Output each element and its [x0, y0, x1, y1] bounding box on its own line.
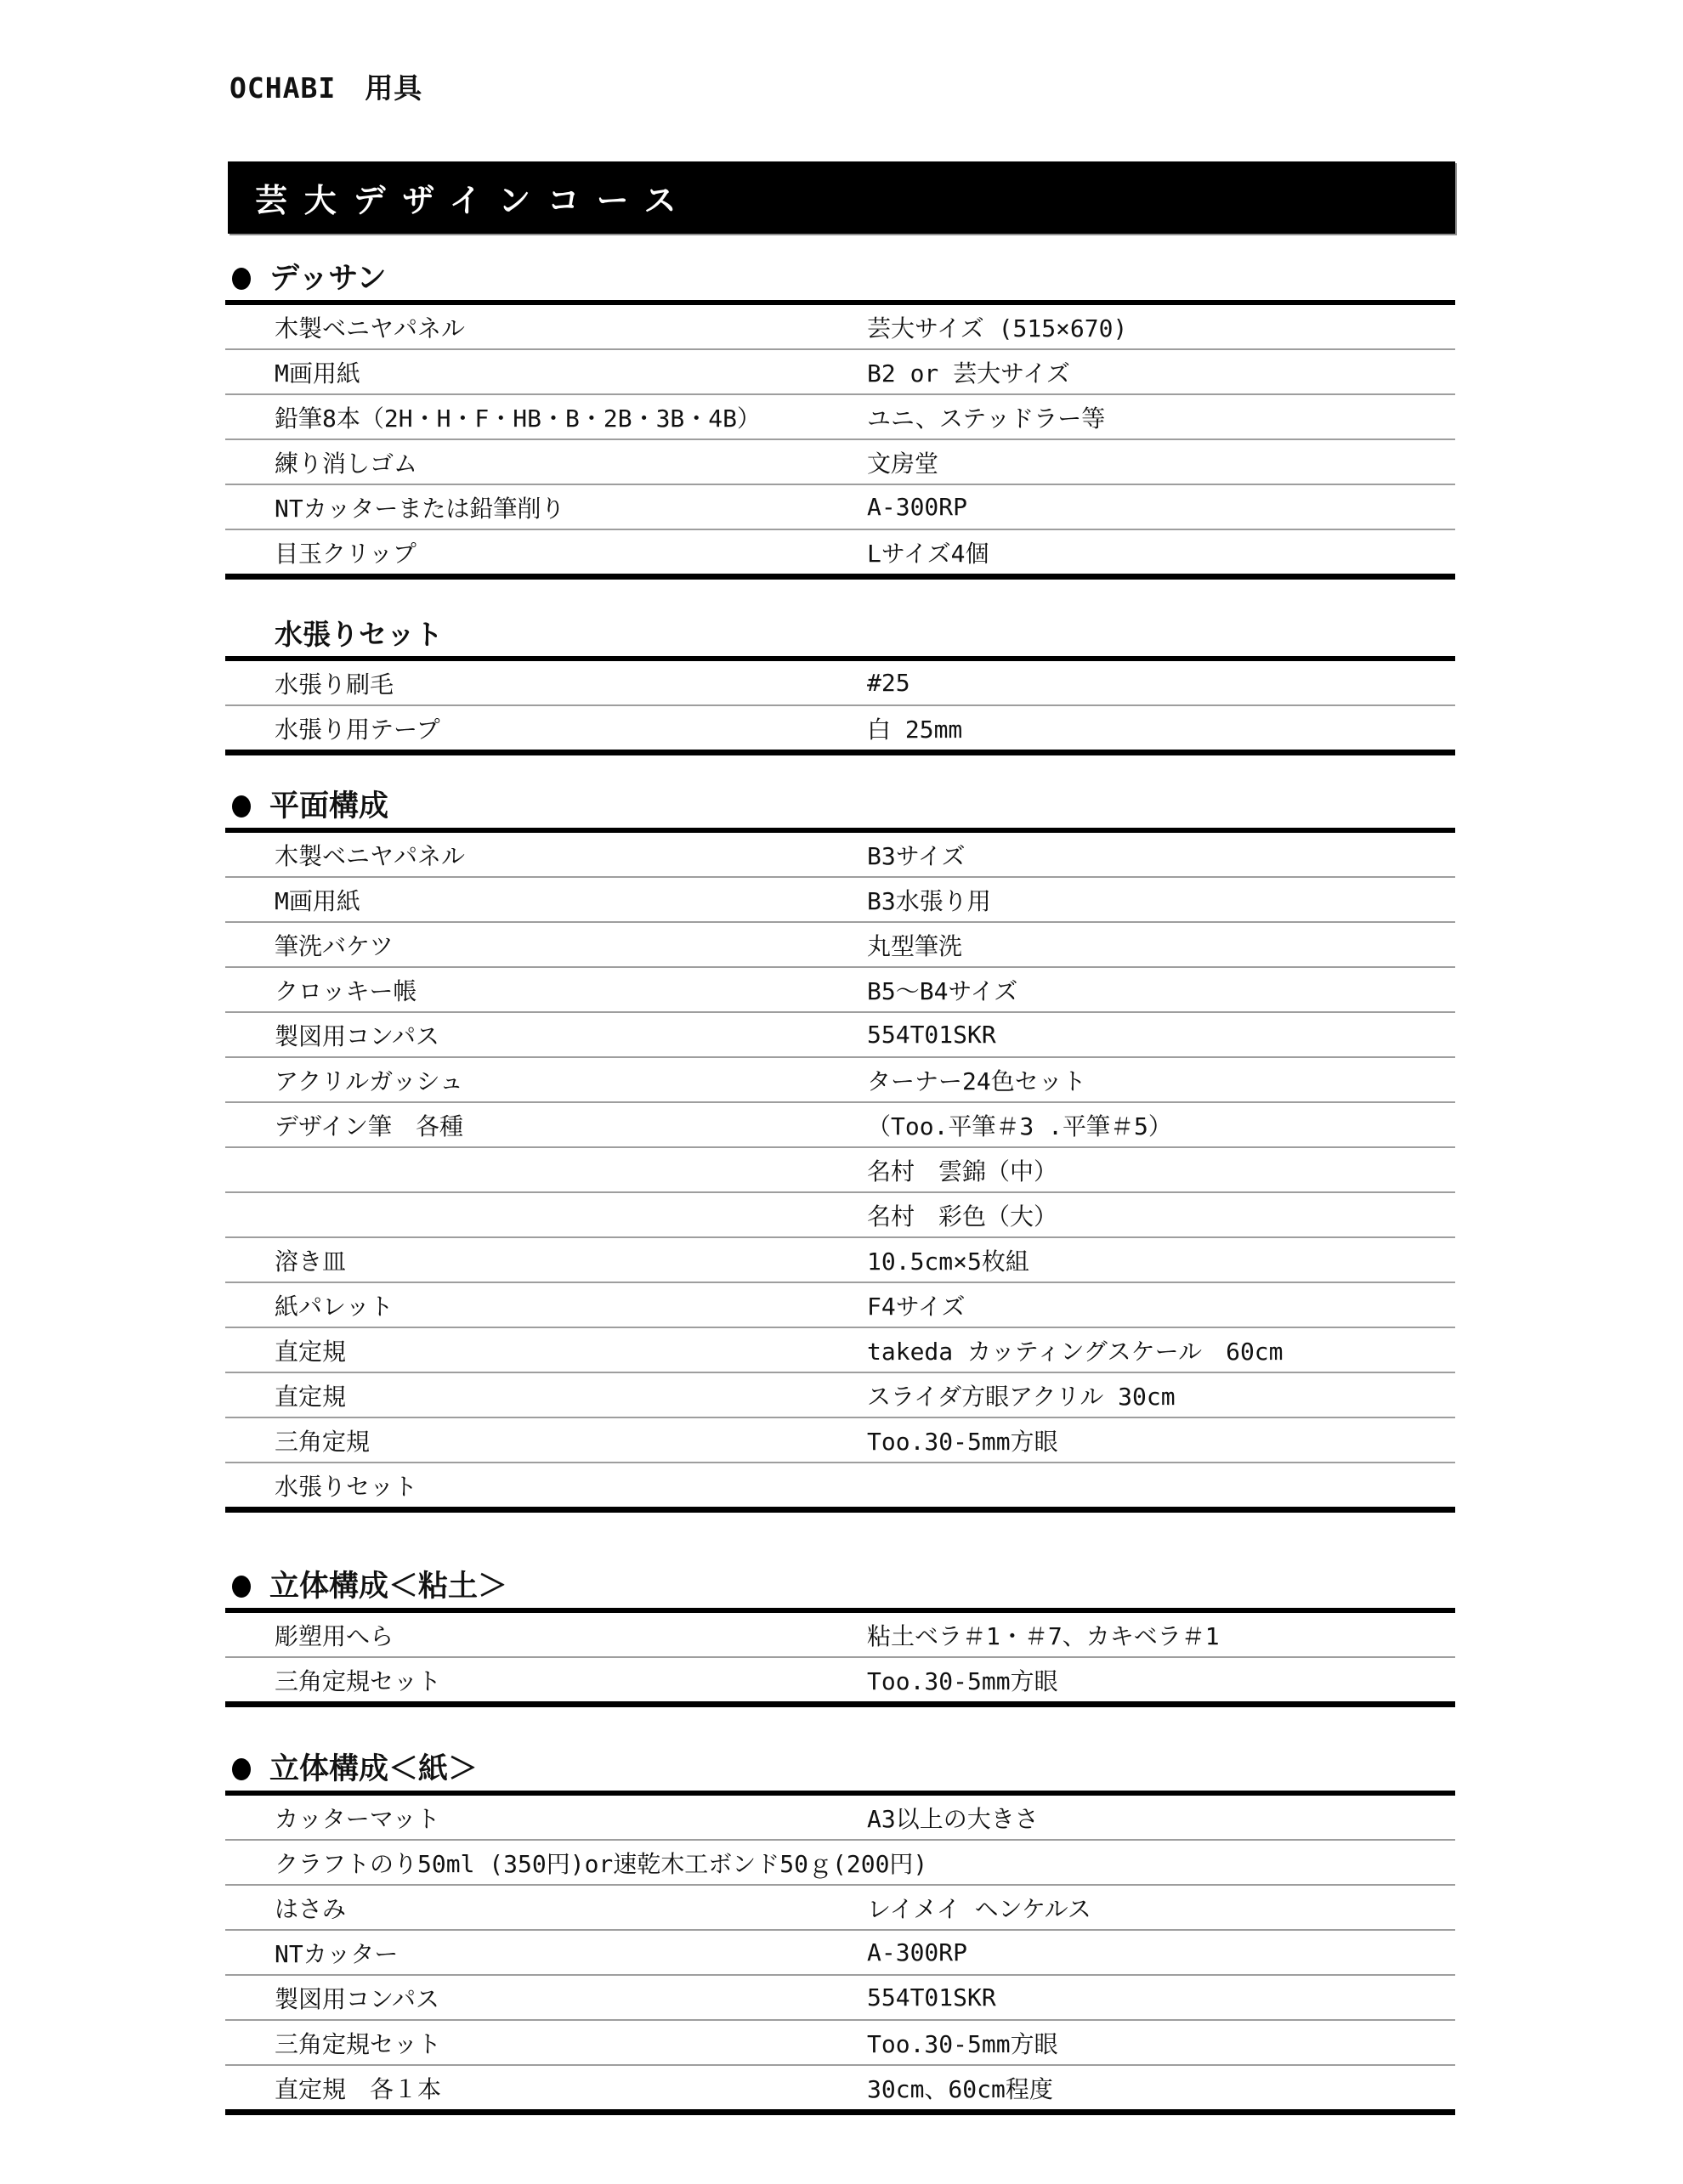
item-value: takeda カッティングスケール 60cm — [867, 1333, 1455, 1367]
table-row: 溶き皿10.5cm×5枚組 — [225, 1236, 1455, 1282]
item-value: Too.30-5mm方眼 — [867, 2026, 1455, 2060]
item-value: 芸大サイズ (515×670) — [867, 310, 1455, 344]
section-rittai-nendo: 立体構成＜粘土＞ 彫塑用へら粘土ベラ＃1・＃7、カキベラ＃1三角定規セットToo… — [0, 1567, 1683, 1707]
item-label: M画用紙 — [225, 355, 867, 389]
section-table: 木製ベニヤパネルB3サイズM画用紙B3水張り用筆洗バケツ丸型筆洗クロッキー帳B5… — [225, 828, 1455, 1513]
item-value: 名村 彩色（大） — [867, 1198, 1455, 1232]
table-row: クロッキー帳B5～B4サイズ — [225, 966, 1455, 1011]
item-value: F4サイズ — [867, 1288, 1455, 1322]
item-label: 鉛筆8本（2H・H・F・HB・B・2B・3B・4B） — [225, 400, 867, 434]
section-table: 水張り刷毛#25水張り用テープ白 25mm — [225, 656, 1455, 755]
item-label: クラフトのり50ml (350円)or速乾木工ボンド50ｇ(200円) — [225, 1846, 927, 1880]
item-value: 白 25mm — [867, 711, 1455, 745]
item-label: 水張りセット — [225, 1468, 867, 1502]
section-bullet-icon — [232, 1576, 251, 1598]
table-row: 木製ベニヤパネル芸大サイズ (515×670) — [225, 305, 1455, 348]
table-row: M画用紙B2 or 芸大サイズ — [225, 348, 1455, 393]
item-value: A3以上の大きさ — [867, 1801, 1455, 1835]
table-row: 製図用コンパス554T01SKR — [225, 1974, 1455, 2019]
section-rittai-kami: 立体構成＜紙＞ カッターマットA3以上の大きさクラフトのり50ml (350円)… — [0, 1750, 1683, 2115]
item-value: B3サイズ — [867, 838, 1455, 872]
item-label: デザイン筆 各種 — [225, 1108, 867, 1142]
section-title-row: 平面構成 — [225, 787, 1683, 826]
table-row: 練り消しゴム文房堂 — [225, 438, 1455, 484]
item-label: クロッキー帳 — [225, 973, 867, 1007]
item-value: 10.5cm×5枚組 — [867, 1243, 1455, 1277]
table-row: 水張りセット — [225, 1462, 1455, 1507]
table-row: 水張り刷毛#25 — [225, 661, 1455, 704]
item-label: 直定規 — [225, 1378, 867, 1412]
item-value: 粘土ベラ＃1・＃7、カキベラ＃1 — [867, 1618, 1455, 1652]
item-value: A-300RP — [867, 493, 1455, 521]
item-label: 三角定規セット — [225, 1663, 867, 1697]
table-row: 三角定規セットToo.30-5mm方眼 — [225, 1656, 1455, 1701]
table-row: 鉛筆8本（2H・H・F・HB・B・2B・3B・4B）ユニ、ステッドラー等 — [225, 393, 1455, 438]
section-bullet-icon — [232, 268, 251, 290]
section-table: カッターマットA3以上の大きさクラフトのり50ml (350円)or速乾木工ボン… — [225, 1791, 1455, 2115]
table-row: カッターマットA3以上の大きさ — [225, 1796, 1455, 1839]
item-label: 製図用コンパス — [225, 1018, 867, 1052]
table-row: アクリルガッシュターナー24色セット — [225, 1056, 1455, 1101]
item-value: B5～B4サイズ — [867, 973, 1455, 1007]
table-row: 名村 雲錦（中） — [225, 1146, 1455, 1191]
table-row: 木製ベニヤパネルB3サイズ — [225, 833, 1455, 876]
item-label: カッターマット — [225, 1801, 867, 1835]
item-label: はさみ — [225, 1891, 867, 1925]
section-title: 立体構成＜紙＞ — [269, 1750, 478, 1789]
item-label: 水張り用テープ — [225, 711, 867, 745]
item-value: ターナー24色セット — [867, 1063, 1455, 1097]
item-value: 名村 雲錦（中） — [867, 1153, 1455, 1187]
section-bullet-icon — [232, 795, 251, 818]
item-value: A-300RP — [867, 1938, 1455, 1966]
item-label: 木製ベニヤパネル — [225, 310, 867, 344]
item-label: アクリルガッシュ — [225, 1063, 867, 1097]
item-label: M画用紙 — [225, 883, 867, 917]
item-label: NTカッター — [225, 1936, 867, 1970]
table-row: デザイン筆 各種（Too.平筆＃3 .平筆＃5） — [225, 1101, 1455, 1146]
section-title-row: 立体構成＜紙＞ — [225, 1750, 1683, 1789]
item-label: 直定規 各１本 — [225, 2071, 867, 2105]
table-row: 製図用コンパス554T01SKR — [225, 1011, 1455, 1056]
item-label: 水張り刷毛 — [225, 666, 867, 700]
section-table: 木製ベニヤパネル芸大サイズ (515×670)M画用紙B2 or 芸大サイズ鉛筆… — [225, 300, 1455, 580]
section-mizuhari-set: 水張りセット 水張り刷毛#25水張り用テープ白 25mm — [0, 615, 1683, 755]
section-title: 平面構成 — [269, 787, 388, 826]
table-row: 名村 彩色（大） — [225, 1191, 1455, 1236]
section-heimen-kousei: 平面構成 木製ベニヤパネルB3サイズM画用紙B3水張り用筆洗バケツ丸型筆洗クロッ… — [0, 787, 1683, 1513]
item-value: #25 — [867, 669, 1455, 697]
table-row: 彫塑用へら粘土ベラ＃1・＃7、カキベラ＃1 — [225, 1613, 1455, 1656]
section-bullet-icon — [232, 1758, 251, 1780]
item-value: 30cm、60cm程度 — [867, 2071, 1455, 2105]
section-table: 彫塑用へら粘土ベラ＃1・＃7、カキベラ＃1三角定規セットToo.30-5mm方眼 — [225, 1608, 1455, 1707]
section-title: 水張りセット — [275, 615, 443, 654]
item-label: 木製ベニヤパネル — [225, 838, 867, 872]
item-value: 丸型筆洗 — [867, 928, 1455, 962]
item-value: Too.30-5mm方眼 — [867, 1423, 1455, 1457]
table-row: 直定規スライダ方眼アクリル 30cm — [225, 1372, 1455, 1417]
document-title: OCHABI 用具 — [229, 0, 1683, 104]
section-dessin: デッサン 木製ベニヤパネル芸大サイズ (515×670)M画用紙B2 or 芸大… — [0, 259, 1683, 580]
table-row: クラフトのり50ml (350円)or速乾木工ボンド50ｇ(200円) — [225, 1839, 1455, 1884]
table-row: 筆洗バケツ丸型筆洗 — [225, 921, 1455, 966]
item-label: 彫塑用へら — [225, 1618, 867, 1652]
item-value: B3水張り用 — [867, 883, 1455, 917]
section-title: 立体構成＜粘土＞ — [269, 1567, 507, 1606]
table-row: 直定規 各１本30cm、60cm程度 — [225, 2064, 1455, 2109]
item-label: 溶き皿 — [225, 1243, 867, 1277]
item-label: NTカッターまたは鉛筆削り — [225, 490, 867, 524]
item-label: 目玉クリップ — [225, 535, 867, 569]
table-row: 水張り用テープ白 25mm — [225, 704, 1455, 750]
section-title: デッサン — [269, 259, 387, 298]
table-row: はさみレイメイ ヘンケルス — [225, 1884, 1455, 1929]
section-title-row: デッサン — [225, 259, 1683, 298]
item-label: 紙パレット — [225, 1288, 867, 1322]
item-value: B2 or 芸大サイズ — [867, 355, 1455, 389]
document-page: OCHABI 用具 芸大デザインコース デッサン 木製ベニヤパネル芸大サイズ (… — [0, 0, 1683, 2184]
table-row: 三角定規Too.30-5mm方眼 — [225, 1417, 1455, 1462]
item-value: 554T01SKR — [867, 1983, 1455, 2011]
table-row: 目玉クリップLサイズ4個 — [225, 529, 1455, 574]
item-value: Too.30-5mm方眼 — [867, 1663, 1455, 1697]
item-value: 554T01SKR — [867, 1021, 1455, 1049]
table-row: M画用紙B3水張り用 — [225, 876, 1455, 921]
item-value: Lサイズ4個 — [867, 535, 1455, 569]
table-row: 三角定規セットToo.30-5mm方眼 — [225, 2019, 1455, 2064]
table-row: 紙パレットF4サイズ — [225, 1282, 1455, 1327]
course-banner-label: 芸大デザインコース — [228, 174, 693, 221]
table-row: NTカッターA-300RP — [225, 1929, 1455, 1974]
item-value: ユニ、ステッドラー等 — [867, 400, 1455, 434]
course-banner: 芸大デザインコース — [228, 161, 1455, 234]
item-label: 製図用コンパス — [225, 1981, 867, 2015]
item-value: スライダ方眼アクリル 30cm — [867, 1378, 1455, 1412]
item-label: 練り消しゴム — [225, 445, 867, 479]
item-value: （Too.平筆＃3 .平筆＃5） — [867, 1108, 1455, 1142]
item-value: レイメイ ヘンケルス — [867, 1891, 1455, 1925]
section-title-row: 立体構成＜粘土＞ — [225, 1567, 1683, 1606]
item-label: 三角定規セット — [225, 2026, 867, 2060]
item-label: 三角定規 — [225, 1423, 867, 1457]
item-label: 筆洗バケツ — [225, 928, 867, 962]
item-value: 文房堂 — [867, 445, 1455, 479]
table-row: NTカッターまたは鉛筆削りA-300RP — [225, 484, 1455, 529]
section-title-row: 水張りセット — [275, 615, 1683, 654]
table-row: 直定規takeda カッティングスケール 60cm — [225, 1327, 1455, 1372]
item-label: 直定規 — [225, 1333, 867, 1367]
